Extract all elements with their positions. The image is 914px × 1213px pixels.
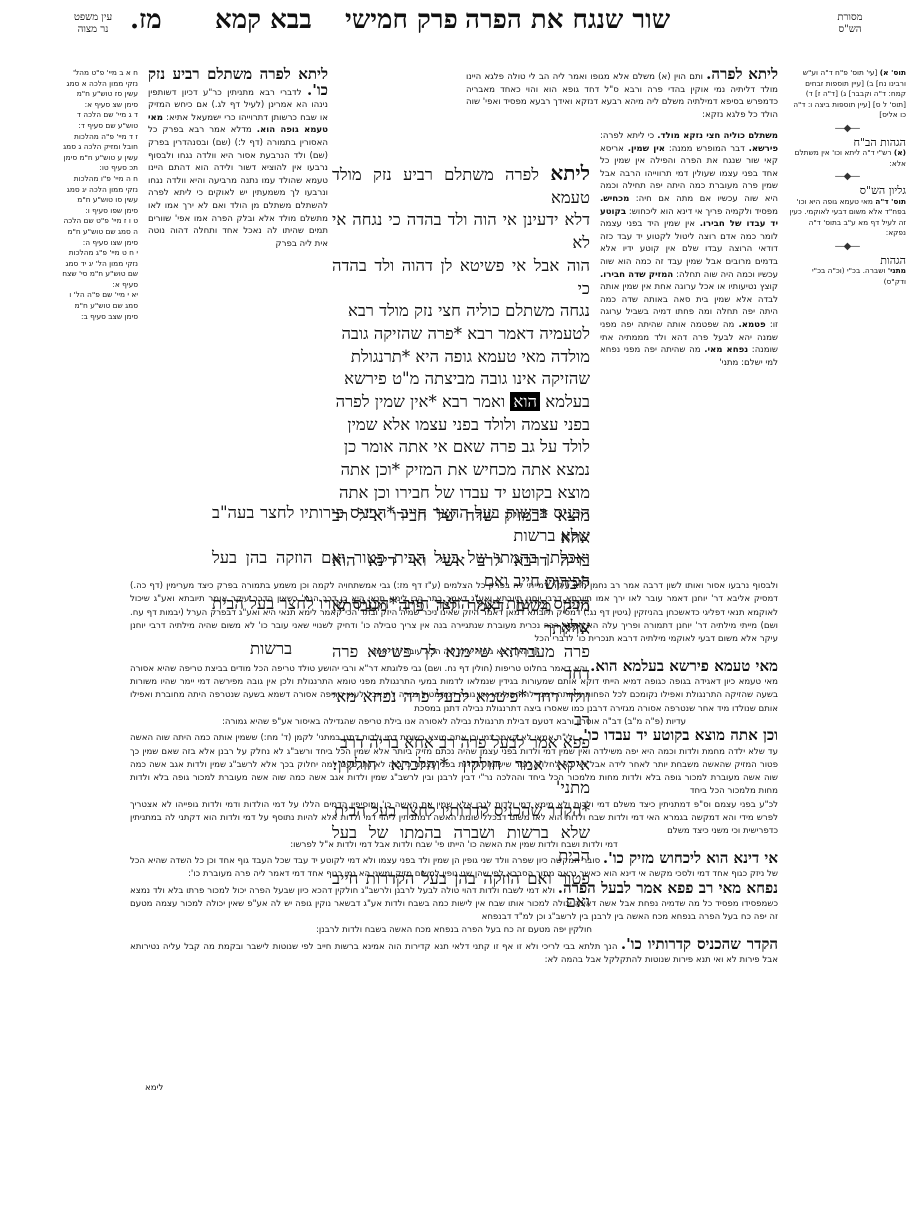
ein-mishpat-column: ח א ב מיי' פ"ט מהל' נזקי ממון הלכה א סמג… xyxy=(62,68,138,322)
mesoret-hashas-column: תוס' א) [עי' תוס' פ"ח ד"ה וע"ש ורבינו נח… xyxy=(788,68,906,287)
tosafot-paragraph: לכ"ע בפני עצמם וס"פ דמתניתין כיצד משלם ד… xyxy=(130,799,778,839)
tosafot-paragraph: אי דינא הוא ליכחוש מזיק כו'. סובר המקשה … xyxy=(130,852,778,882)
gemara-line: דלא ידעינן אי הוה ולד בהדה כי נגחה אי לא xyxy=(332,209,590,254)
chapter-name: שור שנגח את הפרה xyxy=(465,5,670,35)
ein-mishpat-entry: ח ה מיי' פ"ו מהלכות נזקי ממון הלכה יג סמ… xyxy=(62,174,138,216)
gemara-lead-word: ליתא xyxy=(550,161,590,185)
rashi-paragraph: ליתא לפרה. ותם הוין (א) משלם אלא מגופו ו… xyxy=(466,68,778,121)
rashi-dibbur-hamatchil: המזיק שדה חבירו. xyxy=(600,270,673,280)
gemara-line: נגחה משתלם כוליה חצי נזק מולד רבא xyxy=(332,300,590,323)
gemara-line: לטעמיה דאמר רבא *פרה שהזיקה גובה xyxy=(332,323,590,346)
tosafot-dibbur-hamatchil: הקדר שהכניס קדרותיו כו'. xyxy=(621,935,778,953)
ein-mishpat-entry: ט ו ז מיי' פ"ט שם הלכה ה סמג שם טוש"ע ח"… xyxy=(62,216,138,248)
tractate-name: בבא קמא xyxy=(215,5,312,35)
rashi-dibbur-hamatchil: ליתא לפרה. xyxy=(706,65,778,83)
hagahot-entry: מתני' ושברה. בכ"י (וכ"ה בכ"י ודק"ס) xyxy=(788,266,906,287)
mesoret-entry: תוס' א) [עי' תוס' פ"ח ד"ה וע"ש ורבינו נח… xyxy=(788,68,906,121)
page-number: מז. xyxy=(130,5,162,35)
mesoret-title-line2: הש"ס xyxy=(820,24,880,36)
mesoret-title-line1: מסורת xyxy=(820,12,880,24)
catchword: לימא xyxy=(145,1082,163,1095)
rashi-text: דבר המופרש ממנה: xyxy=(669,144,745,154)
ein-mishpat-entry: יא י מיי' שם פ"ה הל' ו סמג שם טוש"ע ח"מ … xyxy=(62,290,138,322)
gemara-line: הוה אבל אי פשיטא לן דהוה ולד בהדה כי xyxy=(332,255,590,300)
gilyon-label: תוס' ד"ה xyxy=(875,197,906,206)
mesoret-label: תוס' א) xyxy=(880,68,906,77)
hagahot-habach-title: הגהות הב"ח xyxy=(788,138,906,149)
hagahot-text: רש"י ד"ה ליתא וכו' אין משתלם אלא: xyxy=(795,148,906,168)
ornament-divider: —◆— xyxy=(788,172,906,183)
rashi-text: מפסיד ולקמיה פריך אי דינא הוא ליכחוש: xyxy=(629,207,778,217)
gemara-line: נמצא אתה מכחיש את המזיק *וכן אתה xyxy=(332,459,590,482)
mishna-line: הכניס ברשות בעל החצר חייב *הכניס פירותיו… xyxy=(212,502,590,547)
tosafot-paragraph: וכן אתה מוצא בקוטע יד עבדו כו'. ולי"ת אמ… xyxy=(130,729,778,798)
gemara-line: לולד על גב פרה שאם אי אתה אומר כן xyxy=(332,436,590,459)
tosafot-paragraph: ולבסוף נרבעו אסור ואותו לשון דרבה אמר רב… xyxy=(130,580,778,646)
gemara-line: מולדה מאי טעמא גופה היא *תרנגולת xyxy=(332,346,590,369)
gemara-line: ליתא לפרה משתלם רביע נזק מולד טעמא xyxy=(332,162,590,209)
hagahot-label: מתני' xyxy=(888,266,906,275)
ein-mishpat-title: עין משפט נר מצוה xyxy=(62,12,124,36)
tosafot-bottom-block: ולבסוף נרבעו אסור ואותו לשון דרבה אמר רב… xyxy=(130,580,778,967)
rashi-dibbur-hamatchil: פירשא. xyxy=(749,144,778,154)
tosafot-dibbur-hamatchil: וכן אתה מוצא בקוטע יד עבדו כו'. xyxy=(578,726,778,744)
tosafot-text: מדלא אמר רבא בפרק כל האסורין בתמורה (דף … xyxy=(148,125,328,248)
rashi-dibbur-hamatchil: נפחא מאי. xyxy=(704,345,748,355)
rashi-paragraph: משתלם כוליה חצי נזקא מולד. כי ליתא לפרה:… xyxy=(600,130,778,369)
ein-mishpat-title-line2: נר מצוה xyxy=(62,24,124,36)
ein-mishpat-entry: ד ג מיי' שם הלכה ד טוש"ע שם סעיף ד: xyxy=(62,110,138,131)
ornament-divider: —◆— xyxy=(788,242,906,253)
tosafot-paragraph: נפחא מאי רב פפא אמר לבעל הפרה. ולא דמי ל… xyxy=(130,882,778,925)
gemara-line: בפני עצמה ולולד בפני עצמו אלא שמין xyxy=(332,414,590,437)
gilyon-hashas-title: גליון הש"ס xyxy=(788,186,906,197)
tosafot-top-column: ליתא לפרה משתלם רביע נזק כו'. לדברי רבא … xyxy=(148,68,328,250)
rashi-column-top: ליתא לפרה. ותם הוין (א) משלם אלא מגופו ו… xyxy=(466,68,778,121)
gemara-line: בעלמא הוא ואמר רבא *אין שמין לפרה xyxy=(332,391,590,414)
gemara-line: שהזיקה אינו גובה מביצתה מ"ט פירשא xyxy=(332,368,590,391)
tosafot-dibbur-hamatchil: נפחא מאי רב פפא אמר לבעל הפרה. xyxy=(558,879,778,897)
ein-mishpat-entry: ח א ב מיי' פ"ט מהל' נזקי ממון הלכה א סמג… xyxy=(62,68,138,110)
chapter-number: פרק חמישי xyxy=(345,5,458,35)
highlighted-word[interactable]: הוא xyxy=(510,392,540,411)
tosafot-paragraph: ליתא לפרה משתלם רביע נזק כו'. לדברי רבא … xyxy=(148,68,328,250)
ein-mishpat-entry: ז ד מיי' פ"ה מהלכות חובל ומזיק הלכה ג סמ… xyxy=(62,132,138,174)
gemara-text: ואמר רבא *אין שמין לפרה xyxy=(336,392,506,411)
ein-mishpat-entry: י ח ט מיי' פ"ג מהלכות נזקי ממון הל' יג י… xyxy=(62,248,138,290)
rashi-dibbur-hamatchil: מכחיש. xyxy=(600,194,629,204)
mesoret-hashas-title: מסורת הש"ס xyxy=(820,12,880,36)
tosafot-text: לדברי רבא מתניתין כר"ע דכיון דשותפין נינ… xyxy=(148,88,328,123)
gemara-text: בעלמא xyxy=(545,392,590,411)
rashi-dibbur-hamatchil: אין שמין. xyxy=(628,144,665,154)
rashi-dibbur-hamatchil: פטמא. xyxy=(738,320,765,330)
tosafot-paragraph: מאי טעמא פירשא בעלמא הוא. והא דאמר בחלוט… xyxy=(130,660,778,716)
ein-mishpat-title-line1: עין משפט xyxy=(62,12,124,24)
hagahot-habach-entry: (א) רש"י ד"ה ליתא וכו' אין משתלם אלא: xyxy=(788,148,906,169)
gilyon-hashas-entry: תוס' ד"ה מאי טעמא גופה היא וכו' בפח"ד אל… xyxy=(788,197,906,239)
tosafot-paragraph: הקדר שהכניס קדרותיו כו'. הנך תלתא בבי לר… xyxy=(130,938,778,968)
ornament-divider: —◆— xyxy=(788,124,906,135)
rashi-text: כי ליתא לפרה: xyxy=(600,131,654,141)
rashi-column: משתלם כוליה חצי נזקא מולד. כי ליתא לפרה:… xyxy=(600,130,778,369)
hagahot-label: (א) xyxy=(894,148,906,157)
rashi-dibbur-hamatchil: משתלם כוליה חצי נזקא מולד. xyxy=(657,131,778,141)
tosafot-dibbur-hamatchil: אי דינא הוא ליכחוש מזיק כו'. xyxy=(603,849,778,867)
hagahot-title: הגהות xyxy=(788,256,906,267)
tosafot-dibbur-hamatchil: מאי טעמא פירשא בעלמא הוא. xyxy=(590,657,778,675)
